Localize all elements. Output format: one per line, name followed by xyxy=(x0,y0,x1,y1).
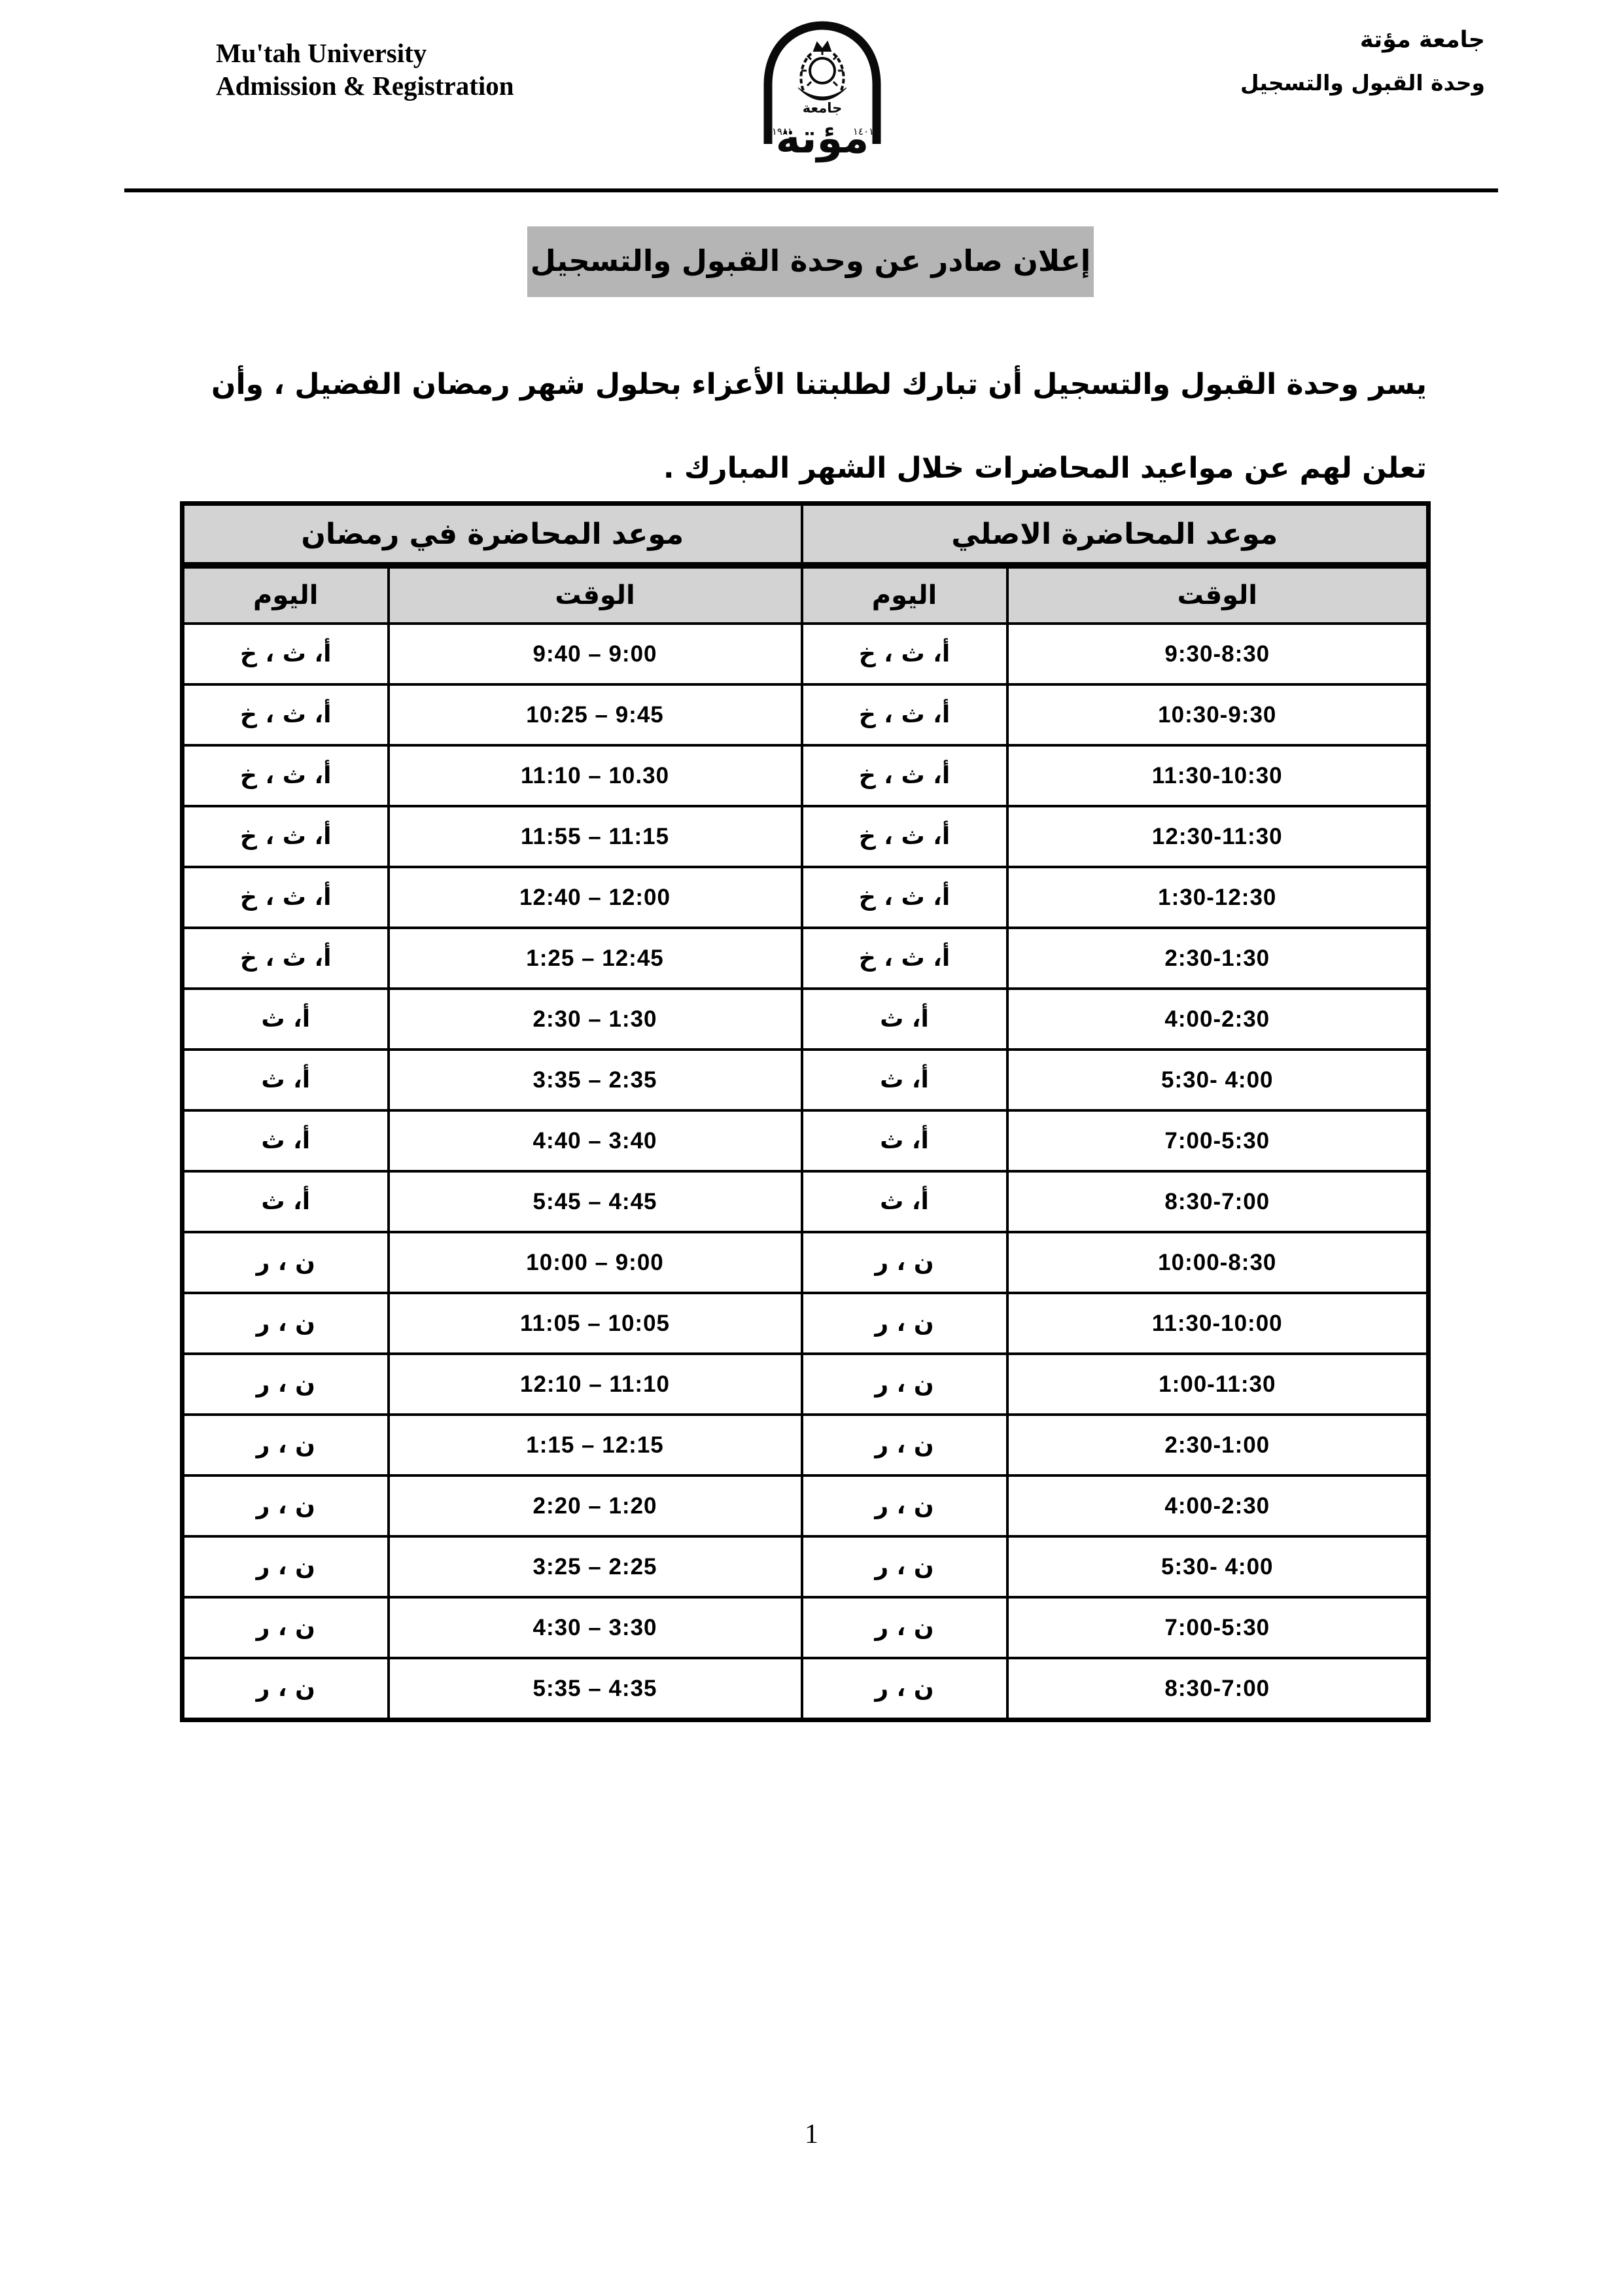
original-time-cell: 5:30- 4:00 xyxy=(1007,1536,1429,1597)
original-day-cell: أ، ث xyxy=(802,1110,1007,1171)
table-row: 7:00-5:30ن ، ر4:30 – 3:30ن ، ر xyxy=(183,1597,1429,1658)
column-header-row: الوقت اليوم الوقت اليوم xyxy=(183,565,1429,624)
table-row: 7:00-5:30أ، ث4:40 – 3:40أ، ث xyxy=(183,1110,1429,1171)
column-header-time-original: الوقت xyxy=(1007,565,1429,624)
lecture-schedule-table: موعد المحاضرة الاصلي موعد المحاضرة في رم… xyxy=(180,501,1431,1722)
ramadan-time-cell: 1:25 – 12:45 xyxy=(389,928,802,989)
original-time-cell: 12:30-11:30 xyxy=(1007,806,1429,867)
ramadan-time-cell: 4:30 – 3:30 xyxy=(389,1597,802,1658)
ramadan-time-cell: 3:35 – 2:35 xyxy=(389,1050,802,1110)
ramadan-time-cell: 10:00 – 9:00 xyxy=(389,1232,802,1293)
ramadan-time-cell: 1:15 – 12:15 xyxy=(389,1415,802,1475)
original-day-cell: أ، ث xyxy=(802,1050,1007,1110)
ramadan-time-cell: 12:40 – 12:00 xyxy=(389,867,802,928)
ramadan-time-cell: 2:20 – 1:20 xyxy=(389,1475,802,1536)
original-day-cell: ن ، ر xyxy=(802,1415,1007,1475)
logo-university-word: جامعة xyxy=(803,100,843,116)
intro-paragraph-line2: تعلن لهم عن مواعيد المحاضرات خلال الشهر … xyxy=(663,451,1427,485)
ramadan-day-cell: ن ، ر xyxy=(183,1415,389,1475)
original-day-cell: أ، ث ، خ xyxy=(802,806,1007,867)
original-time-cell: 4:00-2:30 xyxy=(1007,1475,1429,1536)
ramadan-day-cell: أ، ث ، خ xyxy=(183,867,389,928)
table-row: 2:30-1:00ن ، ر1:15 – 12:15ن ، ر xyxy=(183,1415,1429,1475)
column-header-day-original: اليوم xyxy=(802,565,1007,624)
header-divider xyxy=(124,188,1498,192)
table-row: 10:30-9:30أ، ث ، خ10:25 – 9:45أ، ث ، خ xyxy=(183,684,1429,745)
group-header-row: موعد المحاضرة الاصلي موعد المحاضرة في رم… xyxy=(183,504,1429,566)
original-day-cell: أ، ث ، خ xyxy=(802,867,1007,928)
ramadan-day-cell: ن ، ر xyxy=(183,1232,389,1293)
original-day-cell: أ، ث ، خ xyxy=(802,928,1007,989)
original-day-cell: ن ، ر xyxy=(802,1293,1007,1354)
original-day-cell: أ، ث xyxy=(802,989,1007,1050)
original-time-cell: 7:00-5:30 xyxy=(1007,1597,1429,1658)
schedule-body: 9:30-8:30أ، ث ، خ9:40 – 9:00أ، ث ، خ10:3… xyxy=(183,624,1429,1720)
ramadan-day-cell: أ، ث xyxy=(183,1050,389,1110)
table-row: 2:30-1:30أ، ث ، خ1:25 – 12:45أ، ث ، خ xyxy=(183,928,1429,989)
intro-paragraph-line1: يسر وحدة القبول والتسجيل أن تبارك لطلبتن… xyxy=(211,368,1427,401)
column-header-time-ramadan: الوقت xyxy=(389,565,802,624)
logo-crest-icon xyxy=(798,42,846,100)
ramadan-time-cell: 11:55 – 11:15 xyxy=(389,806,802,867)
ramadan-day-cell: أ، ث ، خ xyxy=(183,928,389,989)
ramadan-day-cell: أ، ث ، خ xyxy=(183,745,389,806)
original-time-cell: 1:00-11:30 xyxy=(1007,1354,1429,1415)
original-time-cell: 2:30-1:30 xyxy=(1007,928,1429,989)
page-number: 1 xyxy=(0,2119,1623,2150)
ramadan-day-cell: أ، ث ، خ xyxy=(183,624,389,684)
column-header-day-ramadan: اليوم xyxy=(183,565,389,624)
ramadan-time-cell: 5:45 – 4:45 xyxy=(389,1171,802,1232)
ramadan-day-cell: أ، ث xyxy=(183,1171,389,1232)
table-row: 4:00-2:30أ، ث2:30 – 1:30أ، ث xyxy=(183,989,1429,1050)
letterhead-english: Mu'tah University Admission & Registrati… xyxy=(216,37,514,102)
ramadan-time-cell: 3:25 – 2:25 xyxy=(389,1536,802,1597)
ramadan-day-cell: ن ، ر xyxy=(183,1293,389,1354)
ramadan-time-cell: 9:40 – 9:00 xyxy=(389,624,802,684)
ramadan-time-cell: 12:10 – 11:10 xyxy=(389,1354,802,1415)
table-row: 12:30-11:30أ، ث ، خ11:55 – 11:15أ، ث ، خ xyxy=(183,806,1429,867)
original-day-cell: أ، ث ، خ xyxy=(802,684,1007,745)
ramadan-day-cell: ن ، ر xyxy=(183,1658,389,1720)
original-time-cell: 10:00-8:30 xyxy=(1007,1232,1429,1293)
ramadan-day-cell: أ، ث ، خ xyxy=(183,684,389,745)
original-day-cell: ن ، ر xyxy=(802,1354,1007,1415)
original-time-cell: 4:00-2:30 xyxy=(1007,989,1429,1050)
table-row: 5:30- 4:00ن ، ر3:25 – 2:25ن ، ر xyxy=(183,1536,1429,1597)
logo-name-calligraphy: مؤتة xyxy=(776,115,869,163)
table-row: 8:30-7:00ن ، ر5:35 – 4:35ن ، ر xyxy=(183,1658,1429,1720)
ramadan-time-cell: 4:40 – 3:40 xyxy=(389,1110,802,1171)
original-time-cell: 1:30-12:30 xyxy=(1007,867,1429,928)
original-time-cell: 7:00-5:30 xyxy=(1007,1110,1429,1171)
original-day-cell: ن ، ر xyxy=(802,1475,1007,1536)
ramadan-time-cell: 5:35 – 4:35 xyxy=(389,1658,802,1720)
ramadan-day-cell: ن ، ر xyxy=(183,1475,389,1536)
original-time-cell: 11:30-10:30 xyxy=(1007,745,1429,806)
document-page: Mu'tah University Admission & Registrati… xyxy=(0,0,1623,2296)
ramadan-time-cell: 10:25 – 9:45 xyxy=(389,684,802,745)
original-time-cell: 8:30-7:00 xyxy=(1007,1171,1429,1232)
ramadan-day-cell: أ، ث xyxy=(183,989,389,1050)
table-row: 9:30-8:30أ، ث ، خ9:40 – 9:00أ، ث ، خ xyxy=(183,624,1429,684)
university-name-ar: جامعة مؤتة xyxy=(1240,27,1485,53)
ramadan-time-cell: 11:10 – 10.30 xyxy=(389,745,802,806)
table-row: 4:00-2:30ن ، ر2:20 – 1:20ن ، ر xyxy=(183,1475,1429,1536)
table-row: 1:00-11:30ن ، ر12:10 – 11:10ن ، ر xyxy=(183,1354,1429,1415)
original-day-cell: ن ، ر xyxy=(802,1232,1007,1293)
ramadan-time-cell: 2:30 – 1:30 xyxy=(389,989,802,1050)
letterhead-arabic: جامعة مؤتة وحدة القبول والتسجيل xyxy=(1240,27,1485,95)
ramadan-day-cell: ن ، ر xyxy=(183,1536,389,1597)
ramadan-day-cell: أ، ث ، خ xyxy=(183,806,389,867)
original-day-cell: أ، ث ، خ xyxy=(802,745,1007,806)
original-time-cell: 11:30-10:00 xyxy=(1007,1293,1429,1354)
ramadan-day-cell: ن ، ر xyxy=(183,1354,389,1415)
original-day-cell: ن ، ر xyxy=(802,1597,1007,1658)
original-day-cell: ن ، ر xyxy=(802,1658,1007,1720)
university-name-en: Mu'tah University xyxy=(216,37,514,69)
table-row: 11:30-10:30أ، ث ، خ11:10 – 10.30أ، ث ، خ xyxy=(183,745,1429,806)
ramadan-day-cell: ن ، ر xyxy=(183,1597,389,1658)
original-time-cell: 2:30-1:00 xyxy=(1007,1415,1429,1475)
group-header-original: موعد المحاضرة الاصلي xyxy=(802,504,1429,566)
original-time-cell: 8:30-7:00 xyxy=(1007,1658,1429,1720)
logo-year-hijri: ١٤٠١ xyxy=(853,126,874,137)
department-name-en: Admission & Registration xyxy=(216,69,514,102)
table-row: 10:00-8:30ن ، ر10:00 – 9:00ن ، ر xyxy=(183,1232,1429,1293)
department-name-ar: وحدة القبول والتسجيل xyxy=(1240,71,1485,95)
announcement-title: إعلان صادر عن وحدة القبول والتسجيل xyxy=(527,226,1094,297)
original-day-cell: ن ، ر xyxy=(802,1536,1007,1597)
original-time-cell: 5:30- 4:00 xyxy=(1007,1050,1429,1110)
table-row: 5:30- 4:00أ، ث3:35 – 2:35أ، ث xyxy=(183,1050,1429,1110)
table-row: 11:30-10:00ن ، ر11:05 – 10:05ن ، ر xyxy=(183,1293,1429,1354)
group-header-ramadan: موعد المحاضرة في رمضان xyxy=(183,504,802,566)
table-row: 1:30-12:30أ، ث ، خ12:40 – 12:00أ، ث ، خ xyxy=(183,867,1429,928)
university-logo: جامعة مؤتة ١٩٨١ ١٤٠١ xyxy=(746,13,899,165)
original-day-cell: أ، ث ، خ xyxy=(802,624,1007,684)
ramadan-time-cell: 11:05 – 10:05 xyxy=(389,1293,802,1354)
logo-year-gregorian: ١٩٨١ xyxy=(772,126,793,137)
schedule-header: موعد المحاضرة الاصلي موعد المحاضرة في رم… xyxy=(183,504,1429,624)
original-time-cell: 10:30-9:30 xyxy=(1007,684,1429,745)
ramadan-day-cell: أ، ث xyxy=(183,1110,389,1171)
original-day-cell: أ، ث xyxy=(802,1171,1007,1232)
table-row: 8:30-7:00أ، ث5:45 – 4:45أ، ث xyxy=(183,1171,1429,1232)
original-time-cell: 9:30-8:30 xyxy=(1007,624,1429,684)
